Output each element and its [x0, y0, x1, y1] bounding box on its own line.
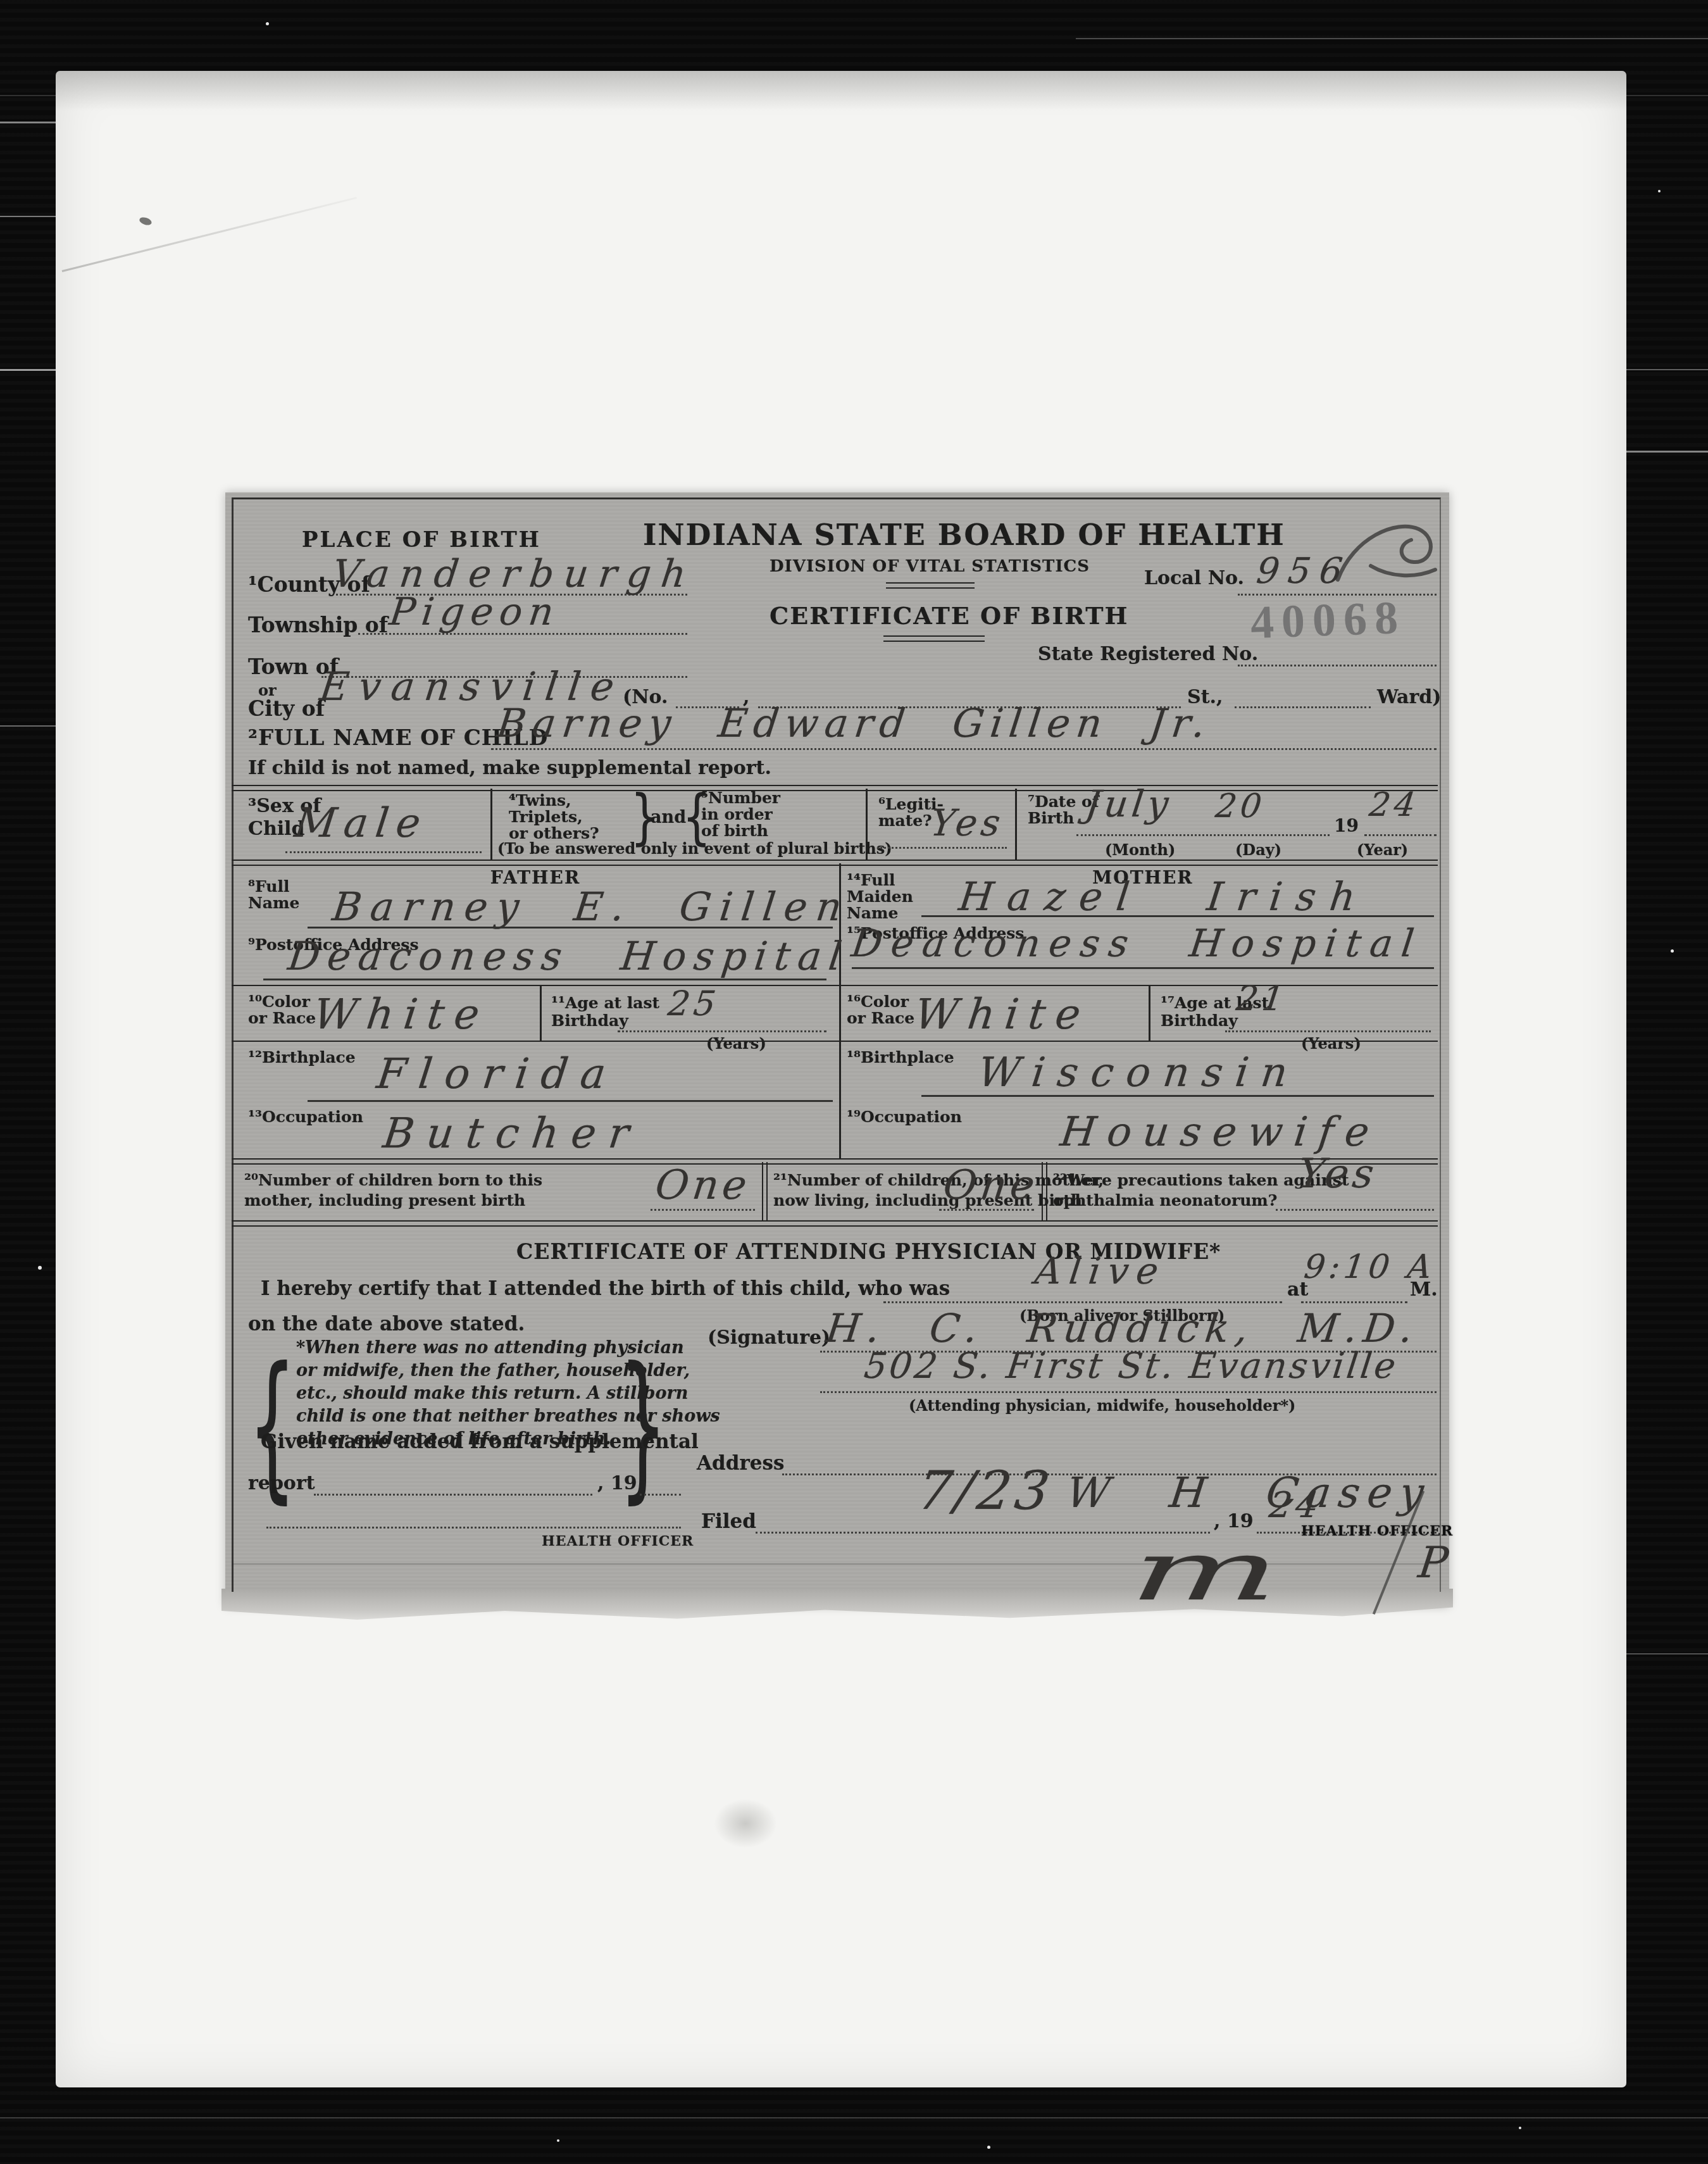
- am-label: M.: [1410, 1279, 1438, 1301]
- father-occupation-value: Butcher: [380, 1109, 644, 1158]
- film-scratch: [0, 369, 58, 371]
- film-scratch: [0, 2117, 1708, 2118]
- film-scratch: [1620, 451, 1708, 453]
- film-dust: [987, 2146, 990, 2149]
- filed-label: Filed: [701, 1510, 756, 1533]
- mother-age-divider: [1149, 985, 1150, 1041]
- film-background: PLACE OF BIRTH ¹County of Vanderburgh To…: [0, 0, 1708, 2164]
- state-registered-line: [1238, 646, 1437, 666]
- date-stated-text: on the date above stated.: [248, 1313, 525, 1335]
- mother-address-line: [852, 948, 1434, 969]
- children-row-rule-top: [232, 1158, 1438, 1165]
- and-label: and: [651, 808, 686, 827]
- twins-label-line2: Triplets,: [509, 808, 583, 826]
- table-rule-sex-bottom: [232, 860, 1438, 866]
- signature-label: (Signature): [708, 1327, 830, 1349]
- children-born-label-2: mother, including present birth: [244, 1191, 525, 1210]
- mother-color-value: White: [912, 990, 1094, 1039]
- number-label-line3: of birth: [701, 822, 768, 840]
- mother-birthplace-line: [921, 1076, 1434, 1097]
- column-divider: [490, 789, 492, 860]
- filed-signature-value: W H Casey: [1064, 1468, 1434, 1517]
- certificate-underline: [883, 635, 985, 642]
- health-officer-right-caption: HEALTH OFFICER: [1301, 1523, 1447, 1539]
- day-caption: (Day): [1235, 841, 1281, 859]
- row-rule-birthplace: [232, 1041, 1438, 1042]
- mother-name-label-2: Maiden: [847, 887, 913, 906]
- certify-text: I hereby certify that I attended the bir…: [261, 1277, 950, 1300]
- mother-name-label-1: ¹⁴Full: [847, 871, 895, 889]
- father-color-label-1: ¹⁰Color: [248, 992, 310, 1011]
- father-color-label-2: or Race: [248, 1009, 316, 1027]
- father-age-label-1: ¹¹Age at last: [551, 994, 659, 1012]
- plural-note: (To be answered only in event of plural …: [497, 839, 864, 858]
- column-divider: [1015, 789, 1017, 860]
- film-scratch: [0, 725, 57, 727]
- signature-value: H. C. Ruddick, M.D.: [824, 1305, 1422, 1351]
- pen-flourish: [1333, 516, 1447, 589]
- supplemental-note: If child is not named, make supplemental…: [248, 757, 771, 779]
- father-name-label-2: Name: [248, 894, 299, 912]
- film-scratch: [1076, 38, 1708, 39]
- alive-value: Alive: [1033, 1249, 1168, 1292]
- left-officer-line: [266, 1508, 681, 1529]
- mother-name-line: [921, 896, 1434, 917]
- place-of-birth-heading: PLACE OF BIRTH: [301, 527, 542, 553]
- address-label: Address: [697, 1452, 784, 1475]
- mother-color-label-1: ¹⁶Color: [847, 992, 909, 1011]
- film-scratch: [1623, 1653, 1708, 1654]
- mother-birthplace-label: ¹⁸Birthplace: [847, 1048, 954, 1066]
- father-age-line: [618, 1011, 826, 1032]
- ward-label: Ward): [1377, 686, 1442, 708]
- certificate-title: CERTIFICATE OF BIRTH: [770, 601, 1086, 630]
- registration-stamp-number: 40068: [1250, 591, 1407, 650]
- number-label-line2: in order: [701, 805, 773, 823]
- film-dust: [557, 2139, 559, 2142]
- twins-label-line1: ⁴Twins,: [509, 791, 571, 810]
- precautions-line: [1276, 1190, 1434, 1211]
- film-dust: [1658, 190, 1661, 192]
- father-occupation-label: ¹³Occupation: [248, 1108, 363, 1126]
- pen-p-mark: P: [1416, 1538, 1454, 1588]
- film-dust: [38, 1266, 42, 1270]
- city-label: City of: [248, 696, 325, 721]
- father-birthplace-label: ¹²Birthplace: [248, 1048, 356, 1066]
- given-name-text: Given name added from a supplemental: [261, 1430, 699, 1453]
- document-page: PLACE OF BIRTH ¹County of Vanderburgh To…: [56, 71, 1626, 2087]
- dob-label-line2: Birth: [1028, 809, 1075, 827]
- film-dust: [266, 22, 269, 25]
- children-living-line: [939, 1190, 1034, 1211]
- signature-caption: (Attending physician, midwife, household…: [909, 1396, 1295, 1415]
- dob-year-value: 24: [1367, 786, 1421, 824]
- dob-line: [1076, 815, 1330, 836]
- dob-year-prefix: 19: [1334, 815, 1359, 836]
- legitimate-label-line2: mate?: [878, 811, 932, 830]
- division-title: DIVISION OF VITAL STATISTICS: [770, 557, 1086, 576]
- sex-line: [285, 832, 482, 853]
- month-caption: (Month): [1105, 841, 1175, 859]
- film-scratch: [0, 216, 61, 217]
- board-title: INDIANA STATE BOARD OF HEALTH: [643, 518, 1212, 552]
- pen-scribble: m: [1126, 1523, 1292, 1619]
- paper-crease: [62, 197, 357, 272]
- township-value: Pigeon: [387, 590, 563, 634]
- certificate-card: PLACE OF BIRTH ¹County of Vanderburgh To…: [225, 492, 1449, 1606]
- mother-age-line: [1225, 1011, 1431, 1032]
- mother-name-label-3: Name: [847, 904, 898, 922]
- father-years-caption: (Years): [706, 1034, 766, 1053]
- film-dust: [1671, 949, 1674, 953]
- report-year-line: [640, 1475, 681, 1496]
- year-caption: (Year): [1357, 841, 1408, 859]
- father-color-value: White: [311, 990, 492, 1039]
- children-born-label-1: ²⁰Number of children born to this: [244, 1171, 542, 1189]
- paper-speck: [139, 216, 153, 227]
- full-name-value: Barney Edward Gillen Jr.: [495, 700, 1214, 746]
- mother-occupation-label: ¹⁹Occupation: [847, 1108, 962, 1126]
- father-birthplace-line: [308, 1081, 833, 1102]
- father-address-line: [263, 960, 826, 980]
- report-label: report: [248, 1472, 315, 1494]
- signature-address-value: 502 S. First St. Evansville: [862, 1346, 1400, 1387]
- father-age-label-2: Birthday: [551, 1011, 628, 1030]
- father-name-line: [308, 908, 833, 929]
- legitimate-line: [877, 828, 1007, 849]
- film-scratch: [1624, 369, 1708, 370]
- father-age-divider: [540, 985, 542, 1041]
- mother-years-caption: (Years): [1301, 1034, 1361, 1053]
- father-name-label-1: ⁸Full: [248, 877, 289, 896]
- report-line: [314, 1475, 592, 1496]
- local-no-label: Local No.: [1144, 567, 1244, 589]
- mother-color-label-2: or Race: [847, 1009, 914, 1027]
- health-officer-left-caption: HEALTH OFFICER: [542, 1533, 681, 1549]
- mother-occupation-value: Housewife: [1057, 1109, 1383, 1156]
- ward-line: [1235, 687, 1371, 708]
- division-underline: [886, 582, 975, 589]
- film-dust: [1519, 2127, 1521, 2129]
- state-registered-label: State Registered No.: [1038, 643, 1258, 665]
- children-born-line: [651, 1190, 755, 1211]
- paper-smudge: [714, 1799, 777, 1848]
- children-divider-1: [762, 1162, 768, 1220]
- precautions-label-2: ophthalmia neonatorum?: [1053, 1191, 1277, 1210]
- children-row-rule-bottom: [232, 1220, 1438, 1227]
- report-year-label: , 19: [597, 1472, 637, 1494]
- number-label-line1: ⁵Number: [701, 789, 780, 807]
- filed-date-value: 7/23: [914, 1460, 1057, 1522]
